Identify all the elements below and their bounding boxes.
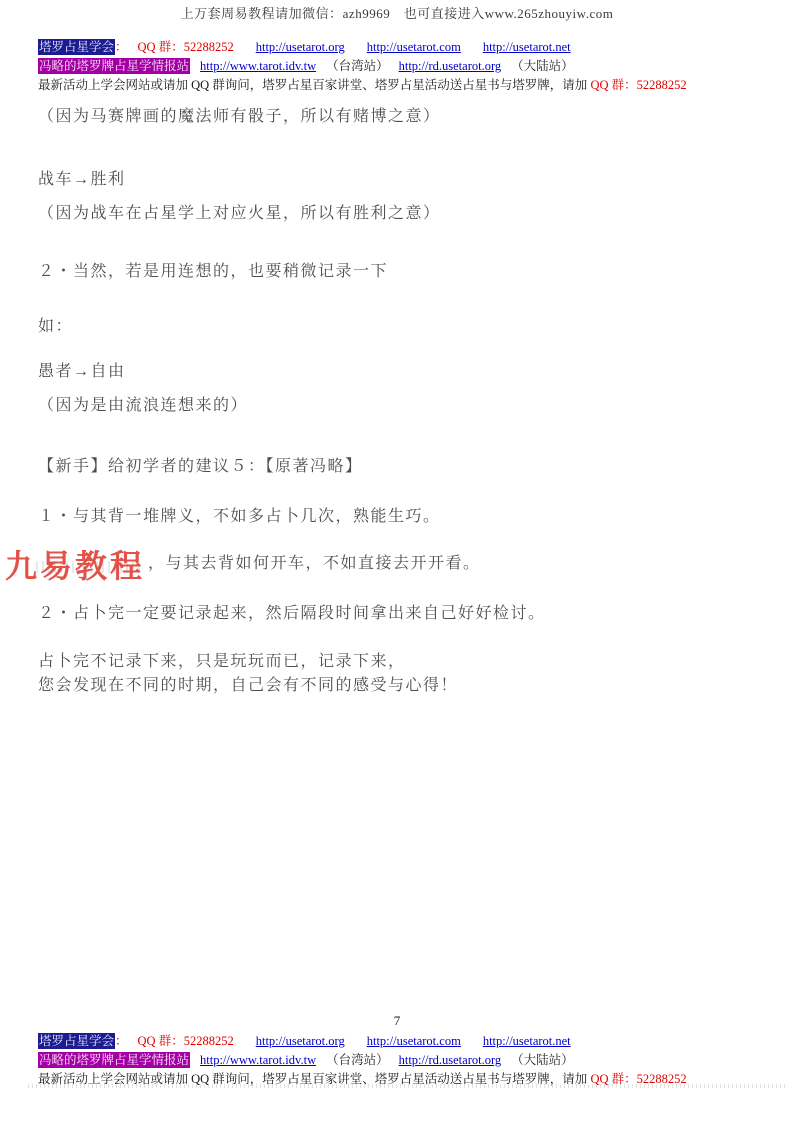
footer-line-1: 塔罗占星学会：QQ 群：52288252http://usetarot.orgh… <box>38 1032 764 1051</box>
qq-group-number: QQ 群：52288252 <box>138 1034 234 1048</box>
link-rd-usetarot-org[interactable]: http://rd.usetarot.org <box>399 59 502 73</box>
page-number: 7 <box>0 1013 794 1029</box>
link-usetarot-com[interactable]: http://usetarot.com <box>367 1034 461 1048</box>
scan-noise-strip <box>28 1084 788 1088</box>
footer-line-2: 冯略的塔罗牌占星学情报站http://www.tarot.idv.tw（台湾站）… <box>38 1051 764 1070</box>
link-tarot-idv-tw[interactable]: http://www.tarot.idv.tw <box>200 59 316 73</box>
link-rd-usetarot-org[interactable]: http://rd.usetarot.org <box>399 1053 502 1067</box>
link-usetarot-net[interactable]: http://usetarot.net <box>483 40 571 54</box>
activity-notice: 最新活动上学会网站或请加 QQ 群询问，塔罗占星百家讲堂、塔罗占星活动送占星书与… <box>38 78 590 92</box>
mainland-station-label: （大陆站） <box>511 1053 574 1067</box>
paragraph: （因为马赛牌画的魔法师有骰子，所以有赌博之意） <box>38 106 764 128</box>
paragraph: ２・当然，若是用连想的，也要稍微记录一下 <box>38 261 764 283</box>
taiwan-station-label: （台湾站） <box>326 1053 389 1067</box>
station-badge: 冯略的塔罗牌占星学情报站 <box>38 1052 190 1068</box>
qq-group-number: QQ 群：52288252 <box>138 40 234 54</box>
section-heading: 【新手】给初学者的建议５：【原著冯略】 <box>38 456 764 478</box>
header-masthead: 塔罗占星学会：QQ 群：52288252http://usetarot.orgh… <box>38 38 764 95</box>
station-badge: 冯略的塔罗牌占星学情报站 <box>38 58 190 74</box>
watermark-text: 九易教程 <box>5 541 145 587</box>
footer-masthead: 塔罗占星学会：QQ 群：52288252http://usetarot.orgh… <box>38 1032 764 1089</box>
colon: ： <box>115 1034 128 1048</box>
header-line-2: 冯略的塔罗牌占星学情报站http://www.tarot.idv.tw（台湾站）… <box>38 57 764 76</box>
qq-group-number-tail: QQ 群：52288252 <box>590 78 686 92</box>
taiwan-station-label: （台湾站） <box>326 59 389 73</box>
paragraph: ２・占卜完一定要记录起来，然后隔段时间拿出来自己好好检讨。 <box>38 603 764 625</box>
paragraph: （因为战车在占星学上对应火星，所以有胜利之意） <box>38 203 764 225</box>
paragraph: 战车→胜利 <box>38 169 764 191</box>
society-badge: 塔罗占星学会 <box>38 1033 115 1049</box>
link-usetarot-com[interactable]: http://usetarot.com <box>367 40 461 54</box>
mainland-station-label: （大陆站） <box>511 59 574 73</box>
link-tarot-idv-tw[interactable]: http://www.tarot.idv.tw <box>200 1053 316 1067</box>
paragraph-occluded: ，与其去背如何开车，不如直接去开开看。 <box>38 553 764 575</box>
paragraph: １・与其背一堆牌义，不如多占卜几次，熟能生巧。 <box>38 506 764 528</box>
document-page: 上万套周易教程请加微信：azh9969 也可直接进入www.265zhouyiw… <box>0 0 794 1123</box>
paragraph: 如： <box>38 316 764 338</box>
link-usetarot-net[interactable]: http://usetarot.net <box>483 1034 571 1048</box>
paragraph: 您会发现在不同的时期，自己会有不同的感受与心得！ <box>38 675 764 697</box>
top-notice: 上万套周易教程请加微信：azh9969 也可直接进入www.265zhouyiw… <box>0 3 794 22</box>
link-usetarot-org[interactable]: http://usetarot.org <box>256 1034 345 1048</box>
paragraph: 占卜完不记录下来，只是玩玩而已，记录下来， <box>38 651 764 673</box>
header-line-1: 塔罗占星学会：QQ 群：52288252http://usetarot.orgh… <box>38 38 764 57</box>
society-badge: 塔罗占星学会 <box>38 39 115 55</box>
paragraph: 愚者→自由 <box>38 361 764 383</box>
link-usetarot-org[interactable]: http://usetarot.org <box>256 40 345 54</box>
colon: ： <box>115 40 128 54</box>
header-line-3: 最新活动上学会网站或请加 QQ 群询问，塔罗占星百家讲堂、塔罗占星活动送占星书与… <box>38 76 764 95</box>
paragraph: （因为是由流浪连想来的） <box>38 395 764 417</box>
